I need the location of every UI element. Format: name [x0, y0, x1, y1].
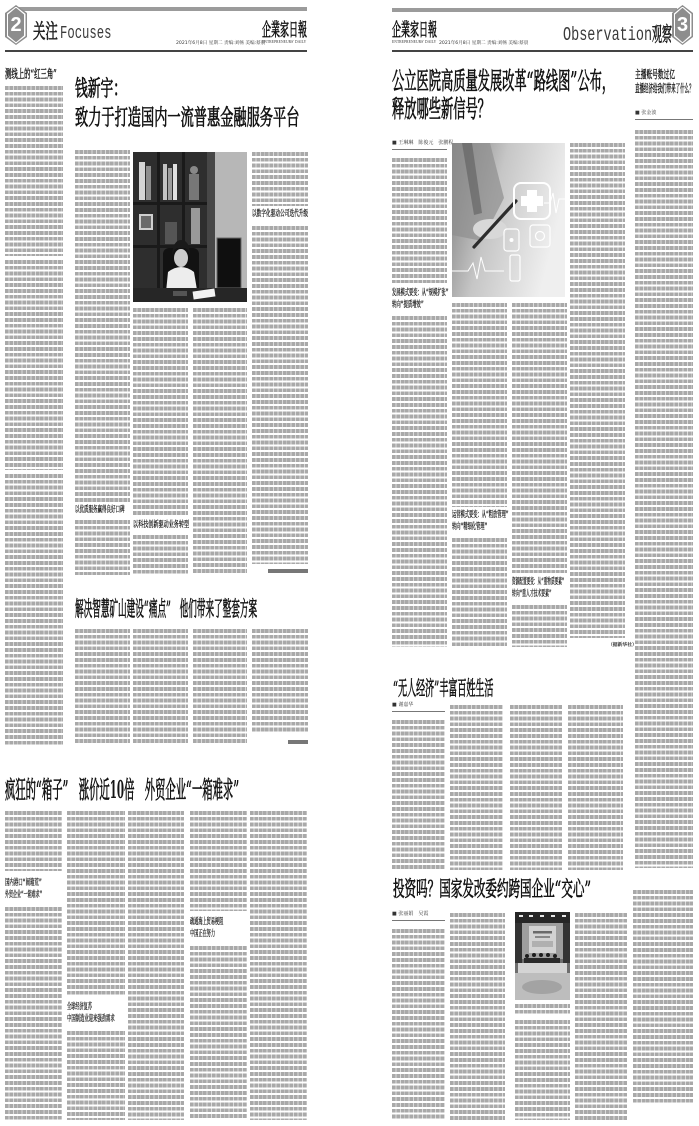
- masthead-logo: 企業家日報: [262, 22, 307, 40]
- lead-body-column-1: [392, 158, 447, 283]
- second-body-column-3: [510, 705, 562, 870]
- page-number: 2: [5, 14, 27, 36]
- lead-body-column-2: [452, 538, 507, 647]
- section-title-cn: 观察: [652, 24, 672, 44]
- third-body-column-2: [67, 811, 125, 995]
- third-subhead: 中国正在努力: [190, 930, 215, 939]
- newspaper-spread: 2 关注 Focuses 2021年6月8日 星期二 责编:刘畅 美编:蔡晨 企…: [0, 0, 699, 1126]
- second-body-column-4: [568, 705, 623, 870]
- lead-subhead: 转向“提质增效”: [392, 301, 424, 310]
- lead-body-column-1: [392, 316, 447, 647]
- third-subhead: 中国制造业迎来强劲需求: [67, 1015, 115, 1024]
- second-body-column-1: [75, 629, 130, 745]
- office-portrait-photo: [133, 152, 247, 302]
- third-subhead: 全球经济复苏: [67, 1003, 92, 1012]
- third-body-column-4: [190, 811, 247, 911]
- page-number-badge: 3: [672, 5, 693, 45]
- date-line: 2021年6月8日 星期二 责编:刘畅 美编:蔡晨: [439, 42, 528, 47]
- second-body-column-2: [133, 629, 188, 745]
- third-body-column-1: [5, 907, 62, 1120]
- sidebar-body-text: [5, 474, 63, 746]
- third-body-column-1: [392, 929, 445, 1120]
- left-page: 2 关注 Focuses 2021年6月8日 星期二 责编:刘畅 美编:蔡晨 企…: [0, 0, 350, 1126]
- section-title-en: Focuses: [60, 25, 111, 43]
- third-body-column-2: [450, 913, 505, 1120]
- lead-headline-line2: 致力于打造国内一流普惠金融服务平台: [75, 107, 299, 129]
- byline-rule: [392, 711, 445, 712]
- medical-illustration-photo: [452, 143, 565, 297]
- third-body-column-4: [575, 913, 627, 1120]
- page-number: 3: [672, 14, 693, 36]
- third-subhead: 疏通海上贸易梗阻: [190, 918, 223, 927]
- lead-byline: ■ 王琳琳 陈俊元 张鹏程: [392, 141, 453, 146]
- page-number-badge: 2: [5, 5, 27, 45]
- lead-body-column-3: [193, 308, 247, 575]
- lead-body-column-4: [252, 226, 308, 564]
- right-page: 企業家日報 ENTREPRENEURS' DAILY 2021年6月8日 星期二…: [350, 0, 699, 1126]
- sidebar-headline: 测线上的“红三角”: [5, 68, 57, 80]
- header-bar: [392, 8, 677, 12]
- masthead-english: ENTREPRENEURS' DAILY: [262, 41, 306, 45]
- byline-rule: [392, 920, 445, 921]
- sidebar-headline-line2: 直播经济给我们带来了什么？: [635, 83, 694, 94]
- second-body-column-4: [252, 629, 308, 733]
- lead-subhead: 运营模式要变：从“粗放管理”: [452, 511, 509, 520]
- header-rule: [392, 50, 693, 52]
- lead-subhead: 转向“重人才技术要素”: [512, 590, 551, 599]
- third-body-column-4: [190, 946, 247, 1120]
- lead-body-column-4: [252, 152, 308, 206]
- third-subhead: 外贸企业“一箱难求”: [5, 891, 42, 900]
- third-headline: 投资吗？国家发改委约跨国企业“交心”: [393, 878, 591, 899]
- second-headline: “无人经济”丰富百姓生活: [393, 678, 493, 698]
- sidebar-headline-line1: 主播账号数过亿: [635, 69, 675, 80]
- second-body-column-3: [193, 629, 247, 745]
- byline-rule: [392, 149, 447, 150]
- lead-source: （据新华社）: [608, 644, 637, 649]
- lead-body-column-1: [75, 520, 130, 575]
- second-body-column-2: [450, 705, 503, 870]
- lead-subhead: 发展模式要变：从“规模扩张”: [392, 289, 449, 298]
- second-headline: 解决智慧矿山建设“痛点” 他们带来了整套方案: [75, 598, 257, 619]
- lead-body-column-2: [133, 535, 188, 575]
- masthead-english: ENTREPRENEURS' DAILY: [392, 41, 436, 45]
- second-byline: ■ 谢嘉华: [392, 703, 413, 708]
- header-bar: [18, 7, 307, 11]
- lead-body-column-4: [570, 143, 625, 638]
- lead-body-column-3: [512, 303, 567, 573]
- lead-subhead: 转向“精细化管理”: [452, 523, 487, 532]
- lead-body-column-3: [512, 605, 567, 647]
- sidebar-byline: ■ 张金波: [635, 111, 656, 116]
- lead-signature: [268, 569, 308, 573]
- lead-body-column-2: [452, 303, 507, 507]
- sidebar-body-text: [635, 130, 693, 868]
- lead-body-column-1: [75, 150, 130, 502]
- third-headline: 疯狂的“箱子” 涨价近10倍 外贸企业“一箱难求”: [5, 778, 239, 802]
- third-byline: ■ 张丽娟 吴霞: [392, 912, 428, 917]
- lead-subhead: 以优质服务赢得良好口碑: [75, 506, 125, 515]
- masthead-logo: 企業家日報: [392, 22, 437, 40]
- lead-body-column-2: [133, 308, 188, 516]
- lead-subhead: 资源配置要变：从“重物质要素”: [512, 578, 564, 587]
- conference-photo: [515, 912, 570, 1000]
- third-body-column-2: [67, 1031, 125, 1120]
- third-body-column-3: [515, 1020, 570, 1120]
- section-title-en: Observation: [563, 26, 652, 45]
- byline-rule: [635, 119, 693, 120]
- lead-headline-line1: 钱新宇：: [75, 78, 126, 100]
- second-body-column-1: [392, 720, 445, 870]
- header-rule: [5, 50, 307, 52]
- third-body-column-3: [128, 811, 184, 1120]
- sidebar-body-text: [5, 86, 63, 256]
- second-signature: [288, 740, 308, 744]
- sidebar-body-text: [5, 260, 63, 470]
- lead-subhead: 以科技创新驱动业务转型: [133, 521, 189, 530]
- third-subhead: 国内港口“闹箱荒”: [5, 879, 42, 888]
- lead-headline-line1: 公立医院高质量发展改革“路线图”公布，: [392, 69, 614, 93]
- third-body-column-1: [5, 811, 62, 871]
- third-body-column-5: [633, 890, 693, 1104]
- lead-subhead: 以数字化驱动公司迭代升级: [252, 210, 308, 219]
- photo-caption: [515, 1004, 570, 1015]
- third-body-column-5: [250, 811, 307, 1120]
- date-line: 2021年6月8日 星期二 责编:刘畅 美编:蔡晨: [176, 42, 265, 47]
- lead-headline-line2: 释放哪些新信号？: [392, 97, 490, 121]
- section-title-cn: 关注: [33, 21, 58, 41]
